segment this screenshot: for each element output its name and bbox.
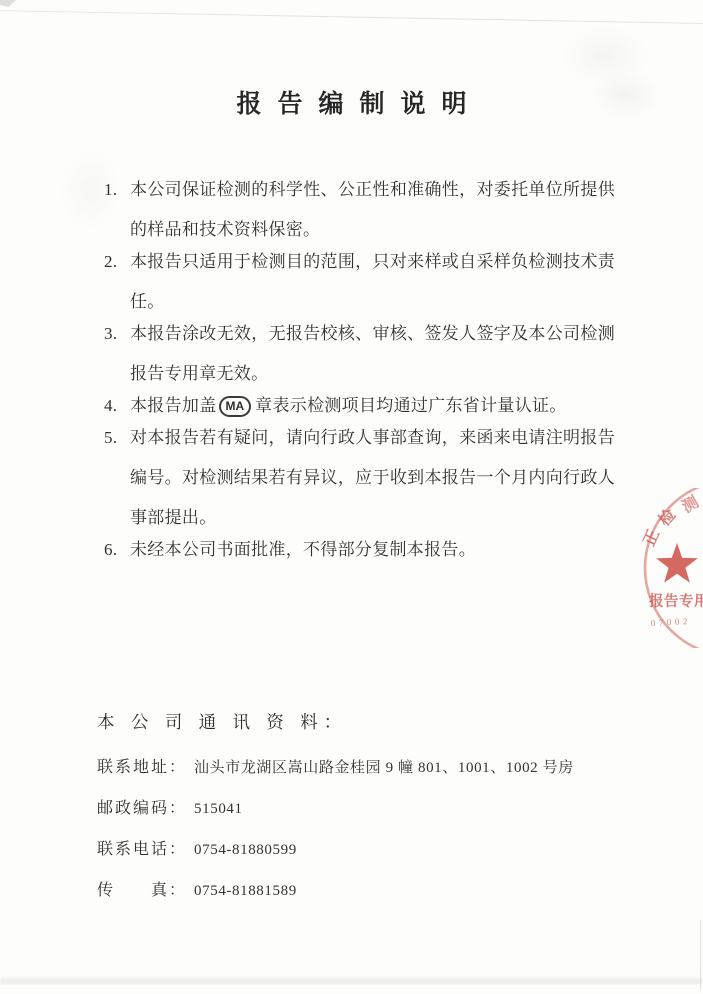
seal-arc-char: 检 — [655, 505, 680, 530]
item-text-after: 章表示检测项目均通过广东省计量认证。 — [255, 396, 566, 415]
list-item: 3. 本报告涂改无效，无报告校核、审核、签发人签字及本公司检测报告专用章无效。 — [104, 314, 615, 394]
contact-row: 邮政编码：515041 — [97, 799, 703, 819]
scan-smudge — [0, 0, 16, 7]
item-number: 6. — [104, 530, 130, 570]
item-text: 对本报告若有疑问，请向行政人事部查询，来函来电请注明报告编号。对检测结果若有异议… — [130, 418, 615, 538]
contact-value: 汕头市龙湖区嵩山路金桂园 9 幢 801、1001、1002 号房 — [194, 760, 574, 776]
contact-label: 邮政编码： — [97, 800, 187, 817]
list-item: 1. 本公司保证检测的科学性、公正性和准确性，对委托单位所提供的样品和技术资料保… — [104, 170, 615, 250]
contact-row: 传 真：0754-81881589 — [97, 881, 703, 901]
item-text: 本报告涂改无效，无报告校核、审核、签发人签字及本公司检测报告专用章无效。 — [130, 314, 615, 394]
item-number: 3. — [104, 314, 130, 394]
seal-serial: 07002 — [651, 616, 691, 628]
scan-smudge — [560, 26, 650, 86]
contact-label: 联系电话： — [97, 841, 187, 858]
item-text: 本公司保证检测的科学性、公正性和准确性，对委托单位所提供的样品和技术资料保密。 — [130, 170, 615, 250]
contact-label: 联系地址： — [97, 759, 187, 776]
item-number: 1. — [104, 170, 130, 250]
item-text: 未经本公司书面批准，不得部分复制本报告。 — [130, 530, 615, 570]
star-icon — [656, 543, 698, 583]
item-text: 本报告只适用于检测目的范围，只对来样或自采样负检测技术责任。 — [130, 242, 615, 322]
company-seal-stamp: 正 检 测 报告专用章 07002 — [593, 488, 703, 648]
item-number: 2. — [104, 242, 130, 322]
report-page: 报告编制说明 1. 本公司保证检测的科学性、公正性和准确性，对委托单位所提供的样… — [0, 0, 703, 994]
item-text-before: 本报告加盖 — [130, 396, 217, 415]
contact-row: 联系地址：汕头市龙湖区嵩山路金桂园 9 幢 801、1001、1002 号房 — [97, 758, 703, 778]
contact-value: 515041 — [194, 801, 243, 817]
contact-heading: 本 公 司 通 讯 资 料： — [97, 710, 703, 734]
seal-line-text: 报告专用章 — [649, 592, 703, 610]
list-item: 6. 未经本公司书面批准，不得部分复制本报告。 — [104, 530, 615, 570]
contact-value: 0754-81881589 — [194, 883, 297, 899]
scan-artifact-bottom-edge — [0, 977, 703, 984]
scan-artifact-top-edge — [0, 10, 703, 26]
contact-label: 传 真： — [97, 882, 187, 899]
cma-mark-icon: MA — [219, 396, 252, 417]
contact-section: 本 公 司 通 讯 资 料： 联系地址：汕头市龙湖区嵩山路金桂园 9 幢 801… — [0, 710, 703, 901]
list-item: 2. 本报告只适用于检测目的范围，只对来样或自采样负检测技术责任。 — [104, 242, 615, 322]
contact-row: 联系电话：0754-81880599 — [97, 840, 703, 860]
page-title: 报告编制说明 — [0, 84, 703, 120]
seal-arc-char: 正 — [640, 527, 663, 549]
item-number: 5. — [104, 418, 130, 538]
list-item: 5. 对本报告若有疑问，请向行政人事部查询，来函来电请注明报告编号。对检测结果若… — [104, 418, 615, 538]
contact-value: 0754-81880599 — [194, 842, 297, 858]
scan-artifact-right-edge — [700, 920, 701, 990]
